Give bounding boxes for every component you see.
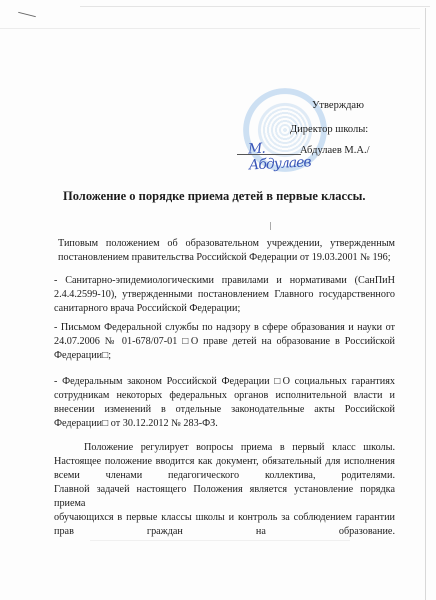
document-title: Положение о порядке приема детей в первы…: [63, 189, 393, 204]
text-line: всеми членами педагогического коллектива…: [54, 469, 395, 483]
paragraph-typical-regulation: Типовым положением об образовательном уч…: [54, 237, 395, 265]
text-line: Типовым положением об образовательном уч…: [54, 237, 395, 251]
text-line: Федерации□ от 30.12.2012 № 283-ФЗ.: [54, 417, 395, 431]
text-line: 2.4.4.2599-10), утвержденными постановле…: [54, 288, 395, 302]
scan-mark: [18, 12, 36, 17]
text-line: Настоящее положение вводится как докумен…: [54, 455, 395, 469]
scan-artifact-line: [90, 540, 350, 541]
paragraph-regulation-purpose: Положение регулирует вопросы приема в пе…: [54, 441, 395, 539]
text-line: прав граждан на образование.: [54, 525, 395, 539]
paragraph-federal-law: - Федеральным законом Российской Федерац…: [54, 375, 395, 431]
text-line: 24.07.2006 № 01-678/07-01 □О праве детей…: [54, 335, 395, 349]
text-line: Федерации□;: [54, 349, 395, 363]
scan-edge-top: [80, 6, 430, 7]
signature: М. Абдулаев: [248, 138, 307, 159]
text-line: - Письмом Федеральной службы по надзору …: [54, 321, 395, 335]
scan-artifact-line: [0, 28, 420, 29]
text-line: обучающихся в первые классы школы и конт…: [54, 511, 395, 525]
approval-position: Директор школы:: [290, 124, 368, 135]
paragraph-sanpin: - Санитарно-эпидемиологическими правилам…: [54, 274, 395, 316]
text-line: Положение регулирует вопросы приема в пе…: [54, 441, 395, 455]
scan-edge-right: [425, 8, 426, 600]
text-line: постановлением правительства Российской …: [54, 251, 395, 265]
text-line: санитарного врача Российской Федерации;: [54, 302, 395, 316]
paragraph-federal-service-letter: - Письмом Федеральной службы по надзору …: [54, 321, 395, 363]
approval-heading: Утверждаю: [312, 100, 364, 111]
text-line: - Санитарно-эпидемиологическими правилам…: [54, 274, 395, 288]
text-line: сотрудникам некоторых федеральных органо…: [54, 389, 395, 403]
approval-name: Абдулаев М.А./: [300, 145, 370, 156]
text-line: внесении изменений в отдельные законодат…: [54, 403, 395, 417]
text-line: Главной задачей настоящего Положения явл…: [54, 483, 395, 511]
scan-tick-mark: [270, 222, 271, 230]
text-line: - Федеральным законом Российской Федерац…: [54, 375, 395, 389]
scanned-document-page: Утверждаю Директор школы: М. Абдулаев Аб…: [0, 0, 436, 600]
